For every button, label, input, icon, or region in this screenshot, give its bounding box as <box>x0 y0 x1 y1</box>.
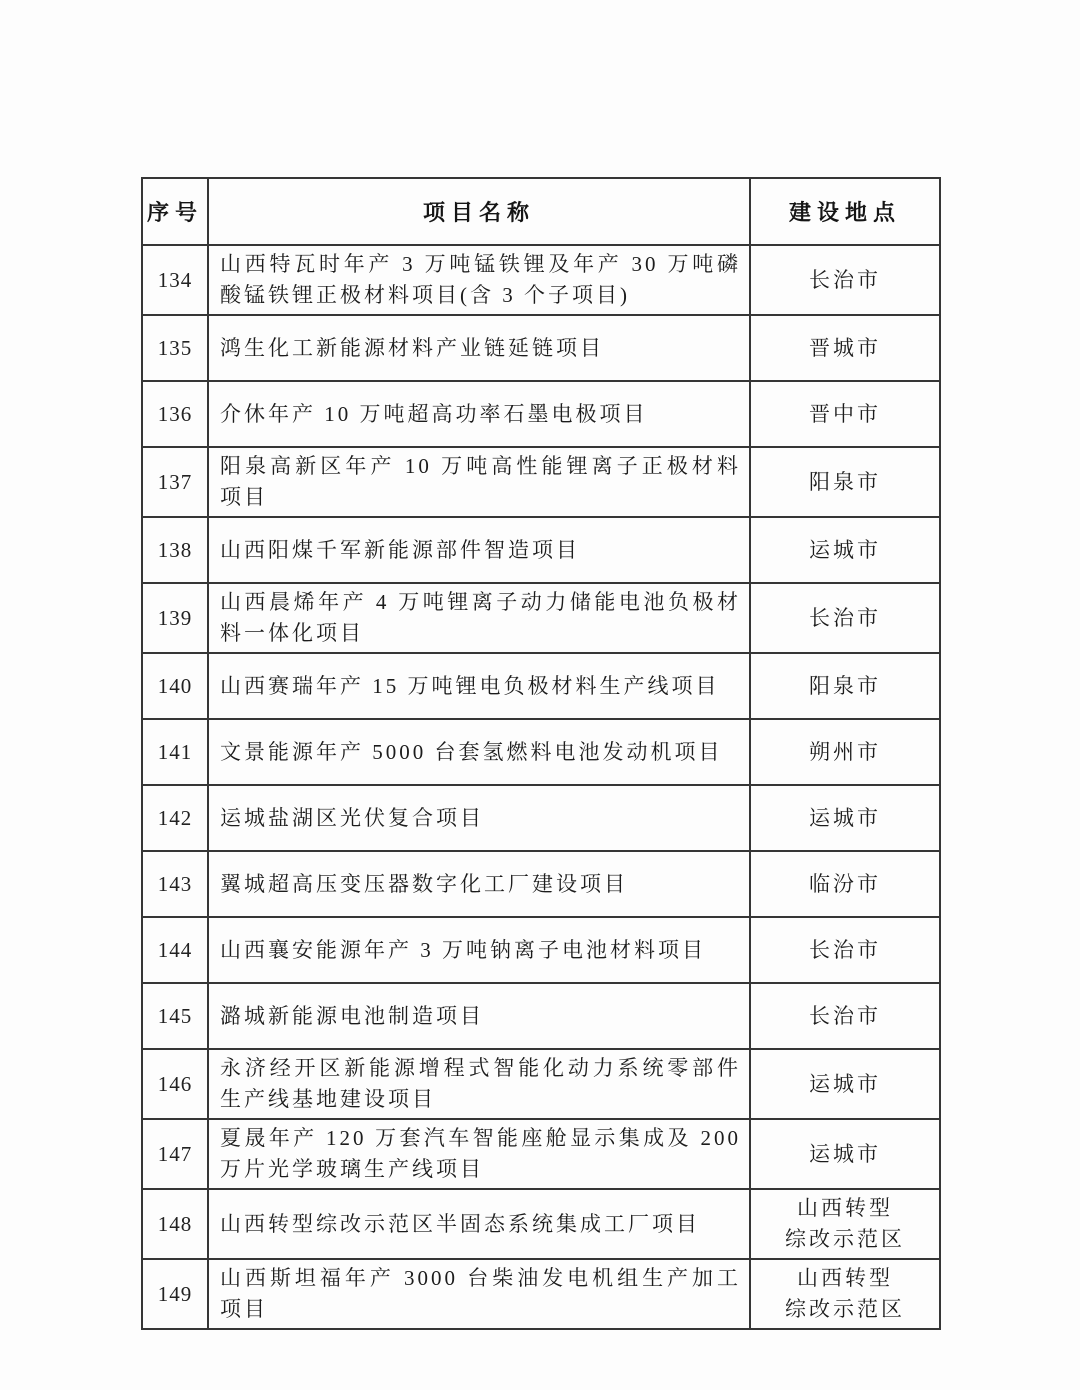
table-row: 146 永济经开区新能源增程式智能化动力系统零部件生产线基地建设项目 运城市 <box>142 1049 940 1119</box>
index-cell: 138 <box>142 517 208 583</box>
project-name-cell: 山西晨烯年产 4 万吨锂离子动力储能电池负极材料一体化项目 <box>208 583 750 653</box>
location-cell: 长治市 <box>750 917 940 983</box>
index-cell: 144 <box>142 917 208 983</box>
project-name-cell: 山西转型综改示范区半固态系统集成工厂项目 <box>208 1189 750 1259</box>
project-name-cell: 阳泉高新区年产 10 万吨高性能锂离子正极材料项目 <box>208 447 750 517</box>
projects-table: 序号 项目名称 建设地点 134 山西特瓦时年产 3 万吨锰铁锂及年产 30 万… <box>141 177 941 1330</box>
table-row: 134 山西特瓦时年产 3 万吨锰铁锂及年产 30 万吨磷酸锰铁锂正极材料项目(… <box>142 245 940 315</box>
table-row: 142 运城盐湖区光伏复合项目 运城市 <box>142 785 940 851</box>
index-cell: 149 <box>142 1259 208 1329</box>
table-row: 135 鸿生化工新能源材料产业链延链项目 晋城市 <box>142 315 940 381</box>
location-cell: 长治市 <box>750 583 940 653</box>
table-row: 149 山西斯坦福年产 3000 台柴油发电机组生产加工项目 山西转型 综改示范… <box>142 1259 940 1329</box>
table-row: 139 山西晨烯年产 4 万吨锂离子动力储能电池负极材料一体化项目 长治市 <box>142 583 940 653</box>
project-name-cell: 鸿生化工新能源材料产业链延链项目 <box>208 315 750 381</box>
col-header-location: 建设地点 <box>750 178 940 245</box>
project-name-cell: 运城盐湖区光伏复合项目 <box>208 785 750 851</box>
index-cell: 134 <box>142 245 208 315</box>
project-name-cell: 山西特瓦时年产 3 万吨锰铁锂及年产 30 万吨磷酸锰铁锂正极材料项目(含 3 … <box>208 245 750 315</box>
project-name-cell: 潞城新能源电池制造项目 <box>208 983 750 1049</box>
project-name-cell: 夏晟年产 120 万套汽车智能座舱显示集成及 200 万片光学玻璃生产线项目 <box>208 1119 750 1189</box>
location-cell: 阳泉市 <box>750 447 940 517</box>
index-cell: 145 <box>142 983 208 1049</box>
location-cell: 临汾市 <box>750 851 940 917</box>
table-row: 147 夏晟年产 120 万套汽车智能座舱显示集成及 200 万片光学玻璃生产线… <box>142 1119 940 1189</box>
table-body: 134 山西特瓦时年产 3 万吨锰铁锂及年产 30 万吨磷酸锰铁锂正极材料项目(… <box>142 245 940 1329</box>
location-cell: 晋城市 <box>750 315 940 381</box>
document-page: 序号 项目名称 建设地点 134 山西特瓦时年产 3 万吨锰铁锂及年产 30 万… <box>0 0 1080 1390</box>
location-cell: 山西转型 综改示范区 <box>750 1189 940 1259</box>
index-cell: 148 <box>142 1189 208 1259</box>
index-cell: 140 <box>142 653 208 719</box>
location-cell: 长治市 <box>750 983 940 1049</box>
index-cell: 141 <box>142 719 208 785</box>
location-cell: 晋中市 <box>750 381 940 447</box>
table-row: 144 山西襄安能源年产 3 万吨钠离子电池材料项目 长治市 <box>142 917 940 983</box>
index-cell: 137 <box>142 447 208 517</box>
project-name-cell: 山西阳煤千军新能源部件智造项目 <box>208 517 750 583</box>
project-name-cell: 永济经开区新能源增程式智能化动力系统零部件生产线基地建设项目 <box>208 1049 750 1119</box>
table-row: 136 介休年产 10 万吨超高功率石墨电极项目 晋中市 <box>142 381 940 447</box>
table-header: 序号 项目名称 建设地点 <box>142 178 940 245</box>
table-row: 141 文景能源年产 5000 台套氢燃料电池发动机项目 朔州市 <box>142 719 940 785</box>
location-cell: 运城市 <box>750 1049 940 1119</box>
project-name-cell: 山西赛瑞年产 15 万吨锂电负极材料生产线项目 <box>208 653 750 719</box>
table-row: 138 山西阳煤千军新能源部件智造项目 运城市 <box>142 517 940 583</box>
table-row: 137 阳泉高新区年产 10 万吨高性能锂离子正极材料项目 阳泉市 <box>142 447 940 517</box>
col-header-index: 序号 <box>142 178 208 245</box>
index-cell: 136 <box>142 381 208 447</box>
project-name-cell: 山西斯坦福年产 3000 台柴油发电机组生产加工项目 <box>208 1259 750 1329</box>
location-cell: 运城市 <box>750 517 940 583</box>
location-cell: 山西转型 综改示范区 <box>750 1259 940 1329</box>
index-cell: 146 <box>142 1049 208 1119</box>
project-name-cell: 山西襄安能源年产 3 万吨钠离子电池材料项目 <box>208 917 750 983</box>
table-row: 148 山西转型综改示范区半固态系统集成工厂项目 山西转型 综改示范区 <box>142 1189 940 1259</box>
index-cell: 139 <box>142 583 208 653</box>
project-name-cell: 文景能源年产 5000 台套氢燃料电池发动机项目 <box>208 719 750 785</box>
location-cell: 长治市 <box>750 245 940 315</box>
table-row: 140 山西赛瑞年产 15 万吨锂电负极材料生产线项目 阳泉市 <box>142 653 940 719</box>
location-cell: 运城市 <box>750 785 940 851</box>
project-name-cell: 翼城超高压变压器数字化工厂建设项目 <box>208 851 750 917</box>
index-cell: 143 <box>142 851 208 917</box>
location-cell: 阳泉市 <box>750 653 940 719</box>
header-row: 序号 项目名称 建设地点 <box>142 178 940 245</box>
table-row: 145 潞城新能源电池制造项目 长治市 <box>142 983 940 1049</box>
index-cell: 135 <box>142 315 208 381</box>
index-cell: 147 <box>142 1119 208 1189</box>
index-cell: 142 <box>142 785 208 851</box>
location-cell: 朔州市 <box>750 719 940 785</box>
col-header-project-name: 项目名称 <box>208 178 750 245</box>
project-name-cell: 介休年产 10 万吨超高功率石墨电极项目 <box>208 381 750 447</box>
location-cell: 运城市 <box>750 1119 940 1189</box>
table-row: 143 翼城超高压变压器数字化工厂建设项目 临汾市 <box>142 851 940 917</box>
